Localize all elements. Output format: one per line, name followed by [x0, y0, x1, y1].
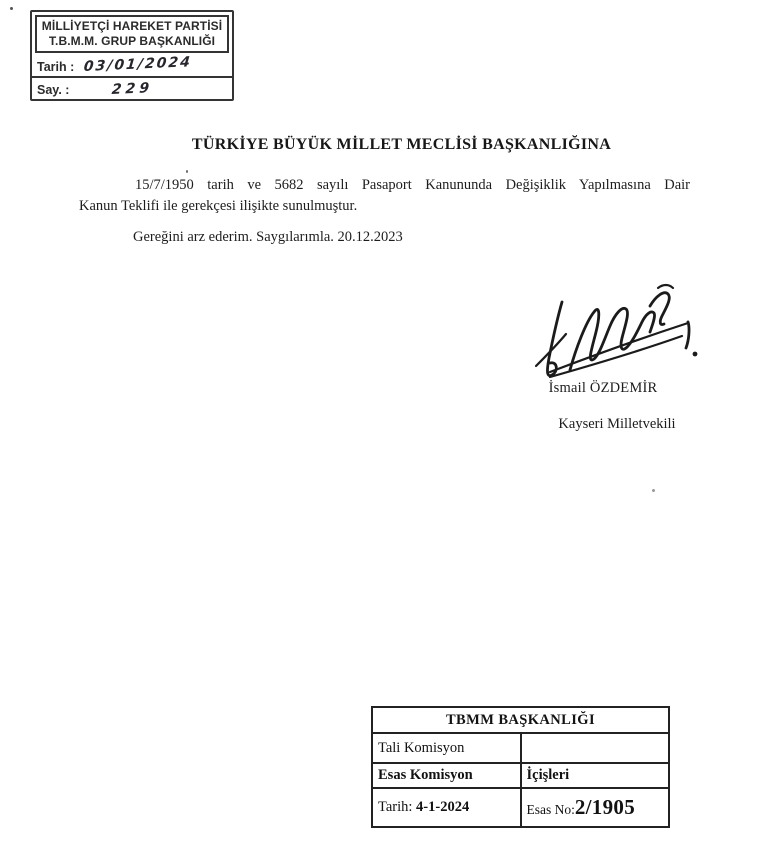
- stamp-number-label: Say. :: [37, 83, 69, 97]
- signer-name: İsmail ÖZDEMİR: [513, 380, 693, 397]
- scan-speck: [186, 170, 188, 173]
- tarih-cell: Tarih: 4-1-2024: [372, 788, 521, 827]
- stamp-number-handwritten-value: 229: [111, 80, 154, 98]
- letter-title: TÜRKİYE BÜYÜK MİLLET MECLİSİ BAŞKANLIĞIN…: [96, 136, 707, 154]
- table-row: Esas Komisyon İçişleri: [372, 763, 669, 788]
- tali-komisyon-value: [521, 733, 670, 763]
- stamp-party-line1: MİLLİYETÇİ HAREKET PARTİSİ: [38, 19, 226, 34]
- body-line-2: Kanun Teklifi ile gerekçesi ilişikte sun…: [79, 196, 690, 217]
- tarih-label: Tarih:: [378, 799, 416, 815]
- party-stamp: MİLLİYETÇİ HAREKET PARTİSİ T.B.M.M. GRUP…: [30, 10, 234, 101]
- esas-komisyon-label: Esas Komisyon: [372, 763, 521, 788]
- letter-body-paragraph: 15/7/1950 tarih ve 5682 sayılı Pasaport …: [79, 175, 690, 217]
- stamp-date-label: Tarih :: [37, 60, 74, 74]
- routing-table: TBMM BAŞKANLIĞI Tali Komisyon Esas Komis…: [371, 706, 670, 828]
- esas-no-label: Esas No:: [527, 802, 575, 817]
- stamp-date-handwritten-value: 03/01/2024: [83, 54, 193, 75]
- esas-no-cell: Esas No:2/1905: [521, 788, 670, 827]
- letter-closing: Gereğini arz ederim. Saygılarımla. 20.12…: [133, 229, 403, 246]
- stamp-party-name: MİLLİYETÇİ HAREKET PARTİSİ T.B.M.M. GRUP…: [35, 15, 229, 53]
- routing-table-header: TBMM BAŞKANLIĞI: [372, 707, 669, 733]
- stamp-party-line2: T.B.M.M. GRUP BAŞKANLIĞI: [38, 34, 226, 49]
- document-page: MİLLİYETÇİ HAREKET PARTİSİ T.B.M.M. GRUP…: [0, 0, 770, 864]
- scan-speck: [10, 7, 13, 10]
- stamp-number-row: Say. : 229: [32, 78, 232, 99]
- esas-komisyon-value: İçişleri: [521, 763, 670, 788]
- esas-no-value: 2/1905: [575, 795, 635, 819]
- handwritten-signature-icon: [532, 282, 702, 382]
- tali-komisyon-label: Tali Komisyon: [372, 733, 521, 763]
- table-row: Tarih: 4-1-2024 Esas No:2/1905: [372, 788, 669, 827]
- stamp-date-row: Tarih : 03/01/2024: [32, 55, 232, 78]
- tarih-value: 4-1-2024: [416, 799, 469, 815]
- table-row: Tali Komisyon: [372, 733, 669, 763]
- body-line-1: 15/7/1950 tarih ve 5682 sayılı Pasaport …: [79, 175, 690, 196]
- scan-speck: [652, 489, 655, 492]
- signer-title: Kayseri Milletvekili: [522, 416, 712, 433]
